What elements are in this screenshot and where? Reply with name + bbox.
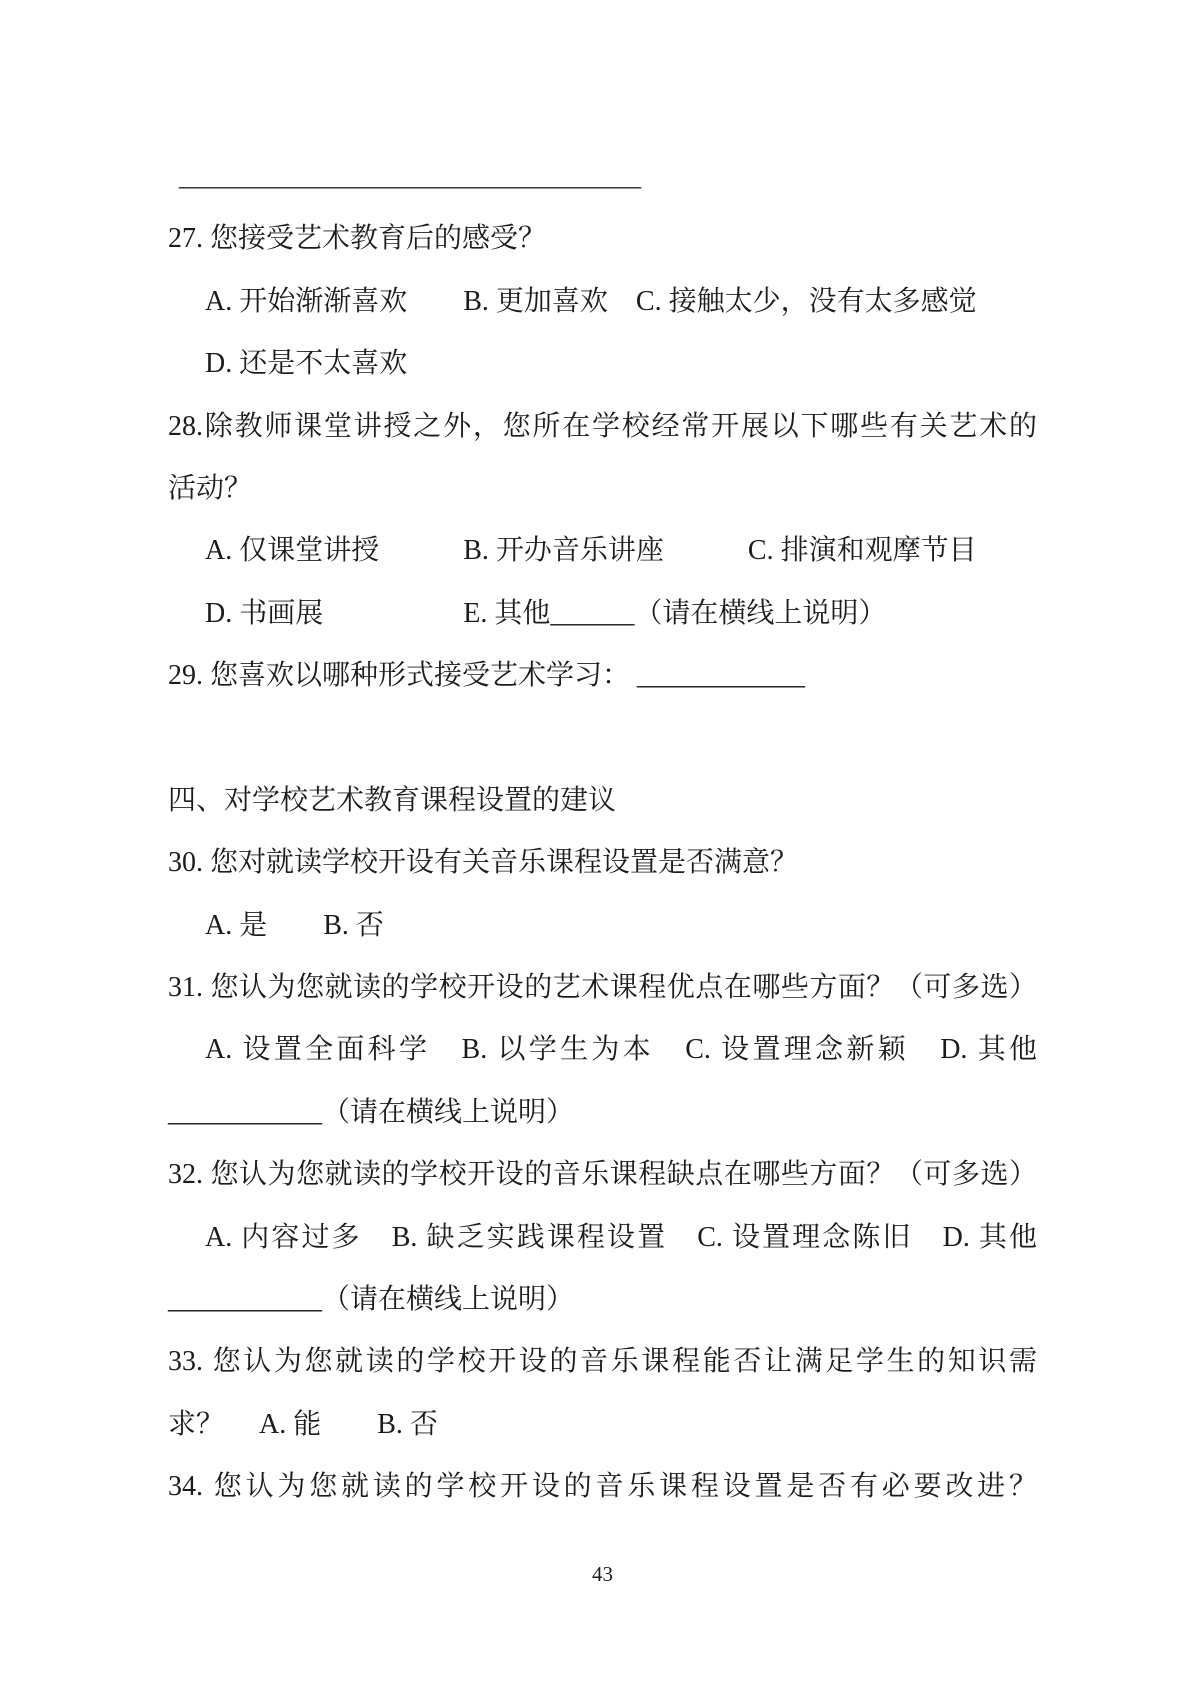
blank-line [168,708,1037,770]
question-28-line1: 28.除教师课堂讲授之外，您所在学校经常开展以下哪些有关艺术的 [168,396,1037,458]
question-28-line2: 活动？ [168,458,1037,520]
question-31-options: A. 设置全面科学 B. 以学生为本 C. 设置理念新颖 D. 其他 [168,1019,1037,1081]
question-30-options: A. 是 B. 否 [168,895,1037,957]
question-27-option-d: D. 还是不太喜欢 [168,333,1037,395]
continuation-underline: _________________________________ [168,146,1037,208]
section-4-header: 四、对学校艺术教育课程设置的建议 [168,770,1037,832]
question-32-options: A. 内容过多 B. 缺乏实践课程设置 C. 设置理念陈旧 D. 其他 [168,1207,1037,1269]
questionnaire-page: _________________________________ 27. 您接… [0,0,1191,1684]
question-31: 31. 您认为您就读的学校开设的艺术课程优点在哪些方面？（可多选） [168,957,1037,1019]
question-28-options-abc: A. 仅课堂讲授 B. 开办音乐讲座 C. 排演和观摩节目 [168,520,1037,582]
question-29: 29. 您喜欢以哪种形式接受艺术学习： ____________ [168,645,1037,707]
question-33-line2-options: 求？ A. 能 B. 否 [168,1394,1037,1456]
question-30: 30. 您对就读学校开设有关音乐课程设置是否满意？ [168,832,1037,894]
question-34: 34. 您认为您就读的学校开设的音乐课程设置是否有必要改进？ [168,1456,1037,1518]
question-32-other-blank: ___________（请在横线上说明） [168,1269,1037,1331]
question-32: 32. 您认为您就读的学校开设的音乐课程缺点在哪些方面？（可多选） [168,1144,1037,1206]
question-27-options-abc: A. 开始渐渐喜欢 B. 更加喜欢 C. 接触太少，没有太多感觉 [168,271,1037,333]
question-27: 27. 您接受艺术教育后的感受？ [168,208,1037,270]
questionnaire-body: _________________________________ 27. 您接… [168,146,1037,1519]
question-31-other-blank: ___________（请在横线上说明） [168,1082,1037,1144]
question-28-options-de: D. 书画展 E. 其他______（请在横线上说明） [168,583,1037,645]
page-number: 43 [168,1558,1037,1590]
question-33-line1: 33. 您认为您就读的学校开设的音乐课程能否让满足学生的知识需 [168,1331,1037,1393]
